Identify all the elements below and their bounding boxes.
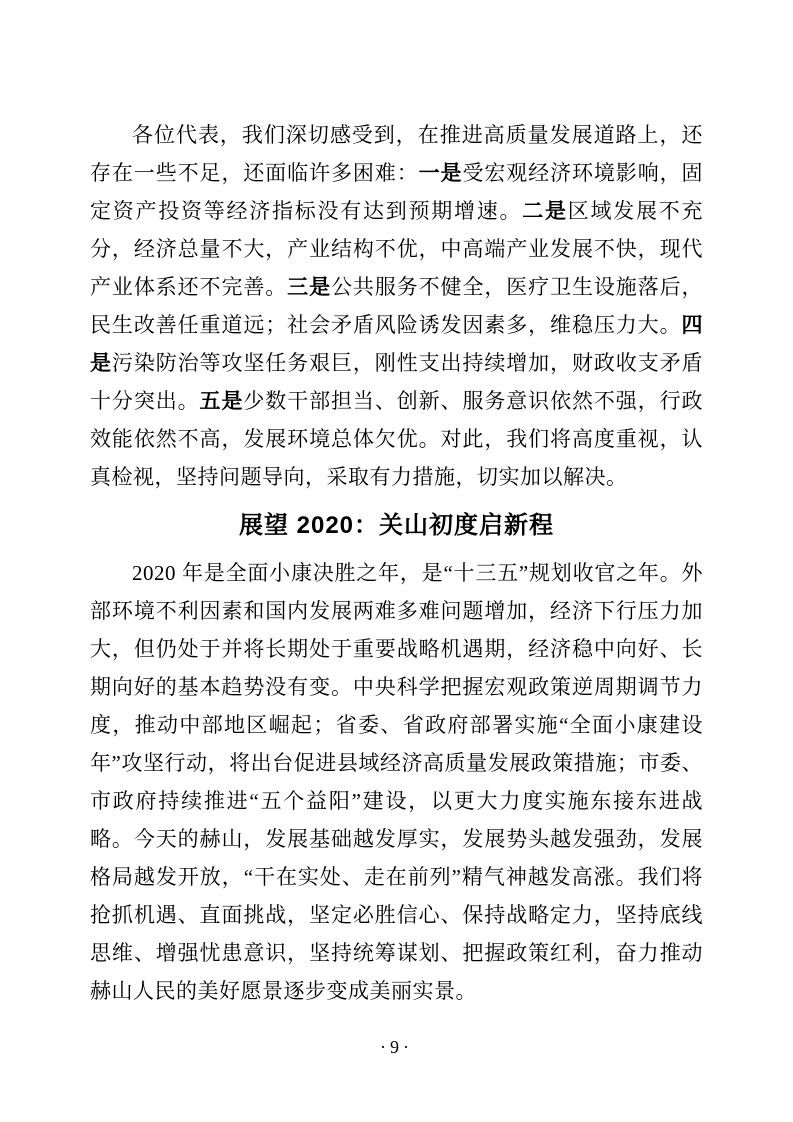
page-number: ·9· <box>0 1037 793 1058</box>
paragraph-outlook: 2020 年是全面小康决胜之年，是“十三五”规划收官之年。外部环境不利因素和国内… <box>90 554 703 1010</box>
paragraph-challenges: 各位代表，我们深切感受到，在推进高质量发展道路上，还存在一些不足，还面临许多困难… <box>90 116 703 496</box>
document-page: 各位代表，我们深切感受到，在推进高质量发展道路上，还存在一些不足，还面临许多困难… <box>0 0 793 1122</box>
section-heading-outlook-2020: 展望 2020：关山初度启新程 <box>90 508 703 544</box>
